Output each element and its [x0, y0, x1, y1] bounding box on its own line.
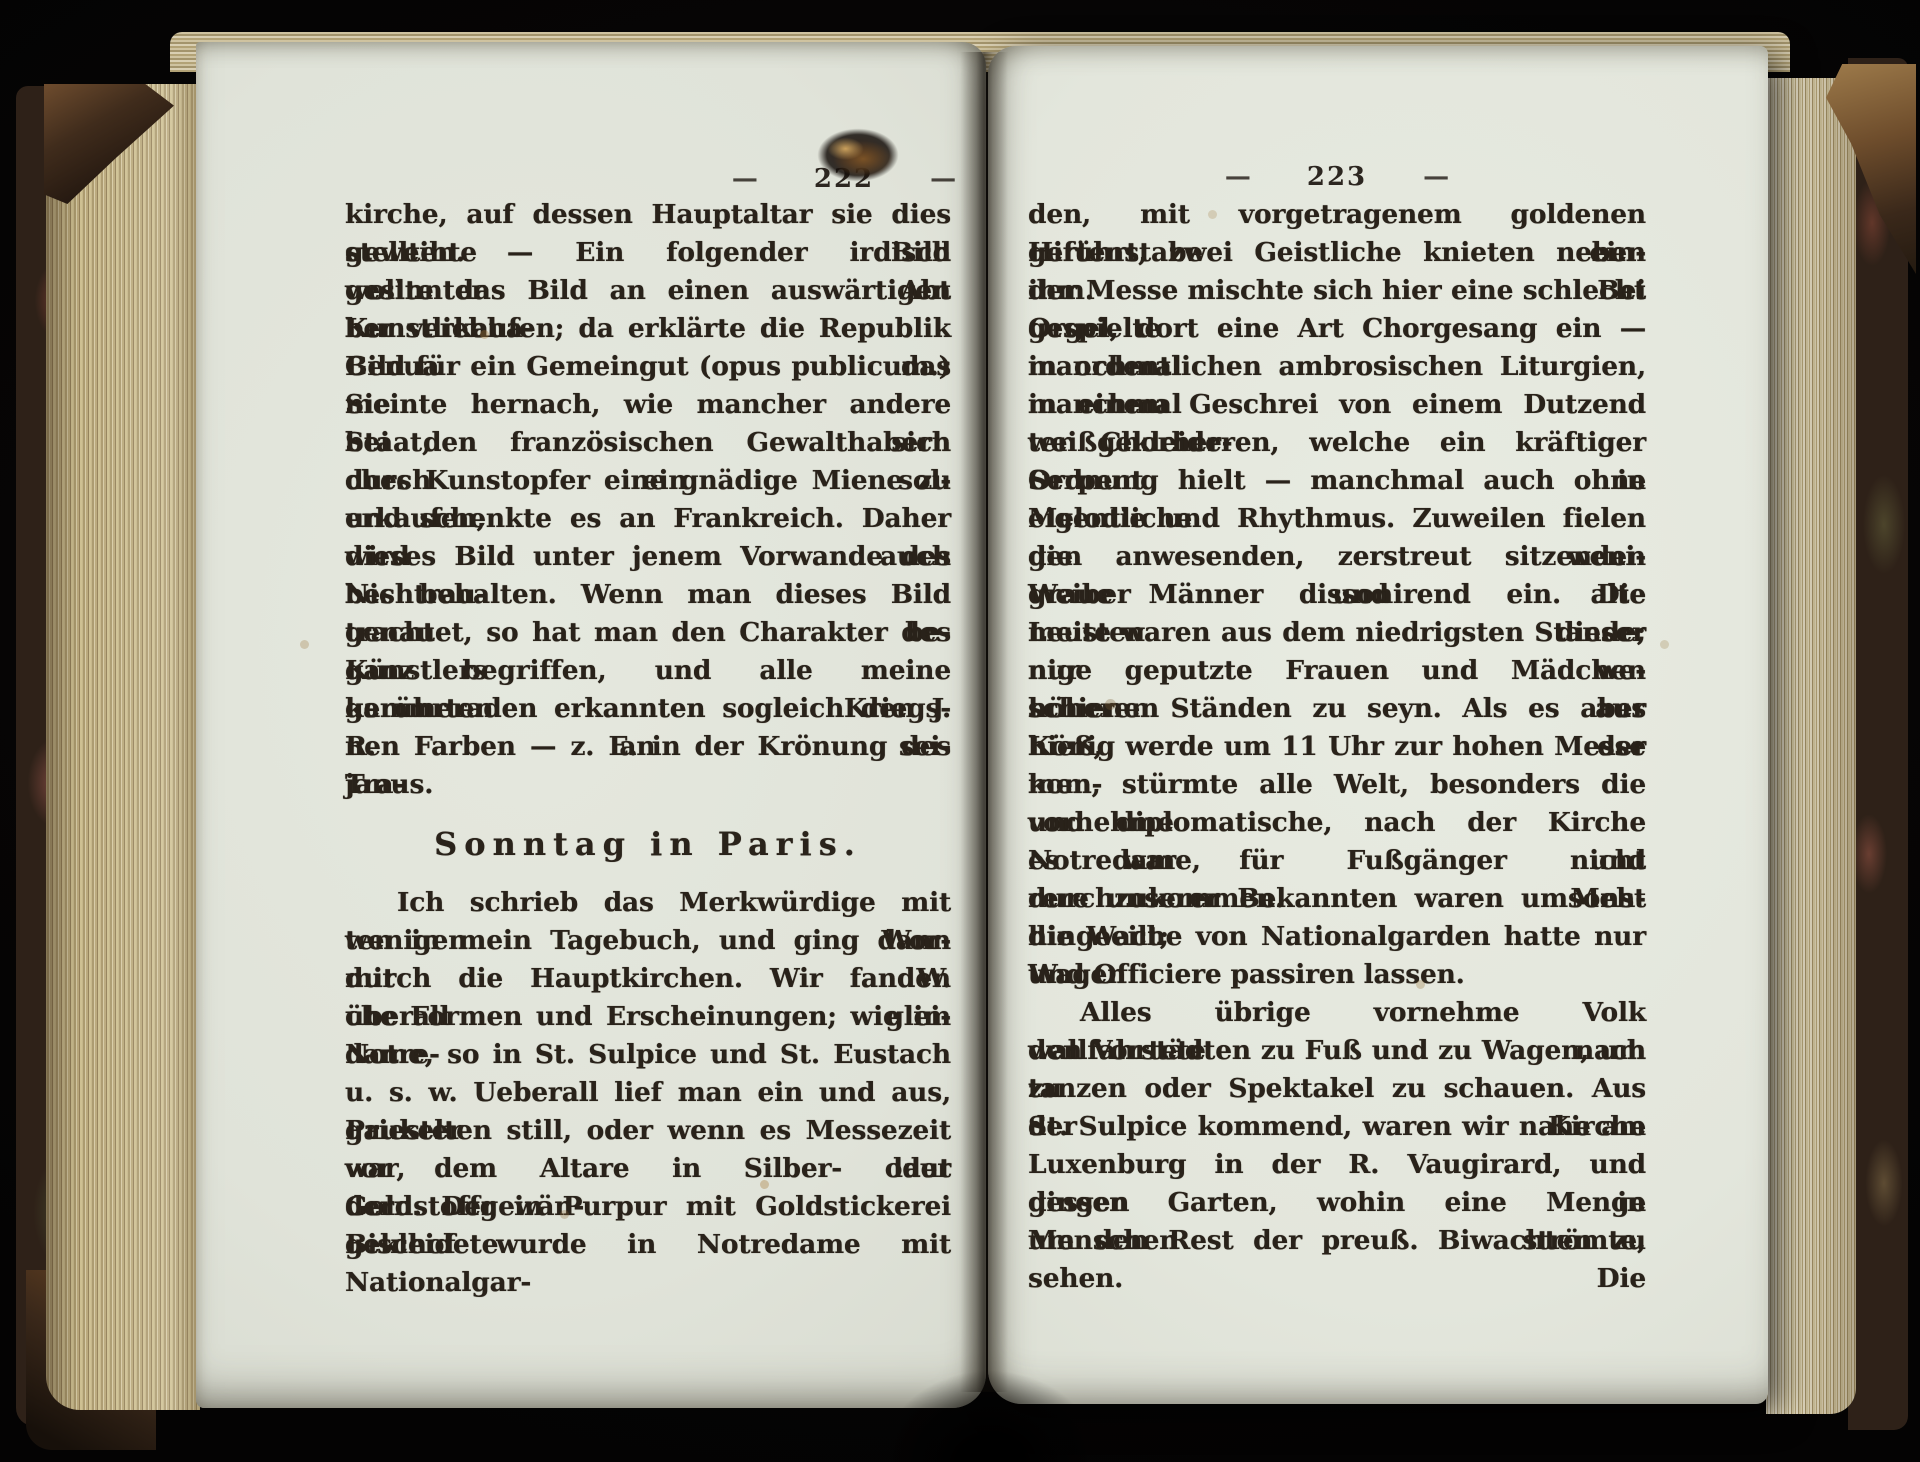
- text-line: ganz begriffen, und alle meine gerührten…: [345, 652, 951, 690]
- foxing-spots: [0, 0, 5, 5]
- header-dash: —: [1225, 162, 1251, 192]
- text-line: janus.: [345, 766, 951, 804]
- text-line: Luxenburg in der R. Vaugirard, und ginge…: [1028, 1146, 1646, 1184]
- bottom-gutter-shadow: [850, 1290, 1130, 1462]
- text-line: ter Chorherren, welche ein kräftiger Ser…: [1028, 424, 1646, 462]
- spine-wear-top: [806, 116, 910, 194]
- paragraph: Ich schrieb das Merkwürdige mit wenigen …: [345, 884, 951, 1264]
- text-line: kammeraden erkannten sogleich den J. R. …: [345, 690, 951, 728]
- text-line: um den Rest der preuß. Biwachten zu sehe…: [1028, 1222, 1646, 1260]
- text-line: kirche, auf dessen Hauptaltar sie dies g…: [345, 196, 951, 234]
- text-line: trachtet, so hat man den Charakter des K…: [345, 614, 951, 652]
- text-line: dieses Bild unter jenem Vorwande des Nic…: [345, 538, 951, 576]
- gutter-shadow: [960, 52, 1008, 1392]
- right-page-header: — 223 —: [1028, 162, 1646, 192]
- text-line: vor dem Altare in Silber- oder Goldstoff…: [345, 1150, 951, 1188]
- text-line: in ordentlichen ambrosischen Liturgien, …: [1028, 348, 1646, 386]
- text-line: und diplomatische, nach der Kirche Notre…: [1028, 804, 1646, 842]
- text-line: bes behalten. Wenn man dieses Bild genau…: [345, 576, 951, 614]
- header-dash: —: [732, 164, 758, 194]
- text-line: gaukelten still, oder wenn es Messezeit …: [345, 1112, 951, 1150]
- text-line: ches Kunstopfer eine gnädige Miene zu er…: [345, 462, 951, 500]
- text-line: bei den französischen Gewalthabern durch…: [345, 424, 951, 462]
- text-line: und schenkte es an Frankreich. Daher wir…: [345, 500, 951, 538]
- text-line: es war für Fußgänger nicht durchzukommen…: [1028, 842, 1646, 880]
- text-line: nen Farben — z. E. in der Krönung des Tr…: [345, 728, 951, 766]
- text-line: Ordnung hielt — manchmal auch ohne eigen…: [1028, 462, 1646, 500]
- text-line: Ich schrieb das Merkwürdige mit wenigen …: [345, 884, 951, 922]
- left-fore-edge-pages: [46, 84, 200, 1410]
- text-line: durch die Hauptkirchen. Wir fanden übera…: [345, 960, 951, 998]
- text-line: St. Sulpice kommend, waren wir nahe am: [1028, 1108, 1646, 1146]
- text-line: men, stürmte alle Welt, besonders die vo…: [1028, 766, 1646, 804]
- text-line: den, mit vorgetragenem goldenen Hirtenst…: [1028, 196, 1646, 234]
- paragraph: den, mit vorgetragenem goldenen Hirtenst…: [1028, 196, 1646, 994]
- section-heading: Sonntag in Paris.: [345, 818, 951, 870]
- header-dash: —: [930, 164, 956, 194]
- open-book-photo: — 222 — kirche, auf dessen Hauptaltar si…: [0, 0, 1920, 1462]
- text-line: in einem Geschrei von einem Dutzend weiß…: [1028, 386, 1646, 424]
- text-line: dern. Der in Purpur mit Goldstickerei ge…: [345, 1188, 951, 1226]
- text-line: Melodie und Rhythmus. Zuweilen fielen di…: [1028, 500, 1646, 538]
- text-line: der Messe mischte sich hier eine schlech…: [1028, 272, 1646, 310]
- text-line: dessen Garten, wohin eine Menge Menschen…: [1028, 1184, 1646, 1222]
- text-line: geführt, zwei Geistliche knieten neben i…: [1028, 234, 1646, 272]
- text-line: und Officiere passiren lassen.: [1028, 956, 1646, 994]
- text-line: König werde um 11 Uhr zur hohen Messe ko…: [1028, 728, 1646, 766]
- page-number-223: 223: [1307, 162, 1367, 192]
- text-line: graue Männer dissonirend ein. Die meiste…: [1028, 576, 1646, 614]
- text-line: den Vorstädten zu Fuß und zu Wagen, um z…: [1028, 1032, 1646, 1070]
- right-fore-edge-pages: [1766, 78, 1856, 1414]
- header-dash: —: [1423, 162, 1449, 192]
- left-page: — 222 — kirche, auf dessen Hauptaltar si…: [196, 42, 986, 1408]
- text-line: höheren Ständen zu seyn. Als es aber hie…: [1028, 690, 1646, 728]
- paragraph: kirche, auf dessen Hauptaltar sie dies g…: [345, 196, 951, 804]
- text-line: Bild für ein Gemeingut (opus publicum.) …: [345, 348, 951, 386]
- text-line: ten in mein Tagebuch, und ging dann mit …: [345, 922, 951, 960]
- text-line: meinte hernach, wie mancher andere Staat…: [345, 386, 951, 424]
- text-line: wollte das Bild an einen auswärtigen Kun…: [345, 272, 951, 310]
- text-line: rere unserer Bekannten waren umsonst hin…: [1028, 880, 1646, 918]
- left-text-block: kirche, auf dessen Hauptaltar sie dies g…: [345, 196, 951, 1264]
- right-page: — 223 — den, mit vorgetragenem goldenen …: [988, 46, 1768, 1404]
- right-marbled-cover: [1848, 58, 1908, 1430]
- text-line: tanzen oder Spektakel zu schauen. Aus de…: [1028, 1070, 1646, 1108]
- text-line: stellten. — Ein folgender irdisch gesinn…: [345, 234, 951, 272]
- text-line: Leute waren aus dem niedrigsten Stande; …: [1028, 614, 1646, 652]
- text-line: ber verkaufen; da erklärte die Republik …: [345, 310, 951, 348]
- text-line: Orgel, dort eine Art Chorgesang ein — ma…: [1028, 310, 1646, 348]
- text-line: Alles übrige vornehme Volk wallfahrtete …: [1028, 994, 1646, 1032]
- text-line: dame, so in St. Sulpice und St. Eustach: [345, 1036, 951, 1074]
- text-line: nige geputzte Frauen und Mädchen schiene…: [1028, 652, 1646, 690]
- text-line: die Wache von Nationalgarden hatte nur W…: [1028, 918, 1646, 956]
- paragraph: Alles übrige vornehme Volk wallfahrtete …: [1028, 994, 1646, 1260]
- text-line: gen anwesenden, zerstreut sitzenden Weib…: [1028, 538, 1646, 576]
- text-line: che Formen und Erscheinungen; wie im Not…: [345, 998, 951, 1036]
- text-line: u. s. w. Ueberall lief man ein und aus, …: [345, 1074, 951, 1112]
- right-text-block: den, mit vorgetragenem goldenen Hirtenst…: [1028, 196, 1646, 1260]
- text-line: Bischof wurde in Notredame mit Nationalg…: [345, 1226, 951, 1264]
